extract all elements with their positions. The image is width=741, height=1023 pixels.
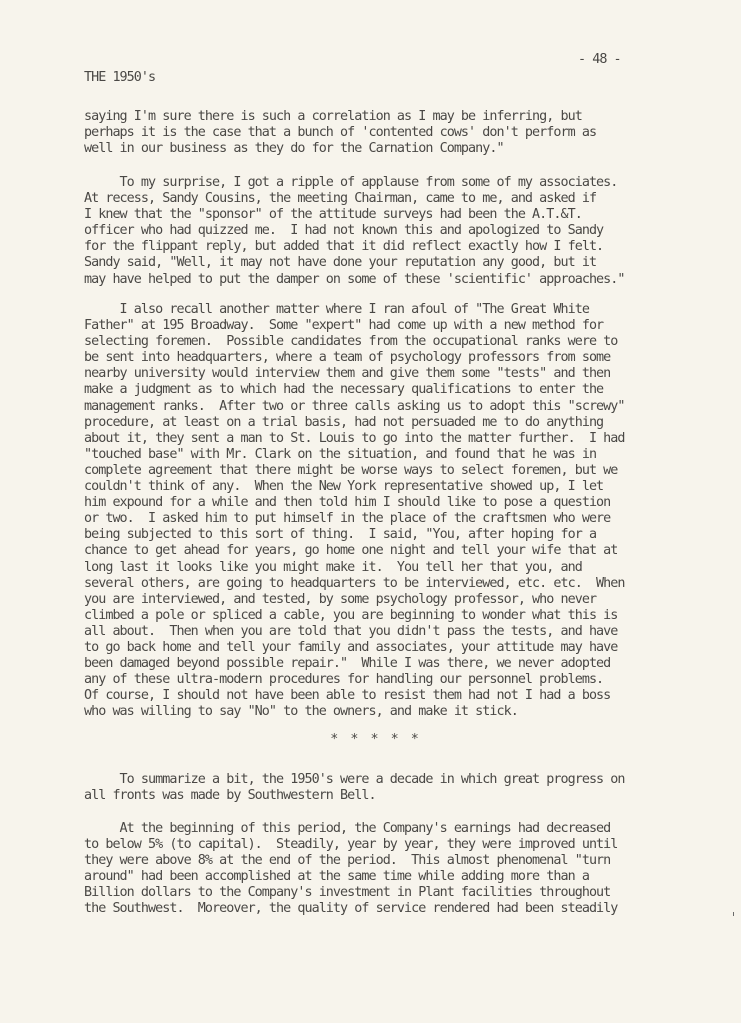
text-line: climbed a pole or spliced a cable, you a… (84, 608, 625, 624)
text-line: perhaps it is the case that a bunch of '… (84, 125, 596, 141)
text-line: all about. Then when you are told that y… (84, 624, 625, 640)
text-line: Of course, I should not have been able t… (84, 688, 625, 704)
text-line: management ranks. After two or three cal… (84, 399, 625, 415)
text-line: To my surprise, I got a ripple of applau… (84, 175, 625, 191)
text-line: all fronts was made by Southwestern Bell… (84, 788, 625, 804)
text-line: To summarize a bit, the 1950's were a de… (84, 772, 625, 788)
text-line: long last it looks like you might make i… (84, 560, 625, 576)
text-line: the Southwest. Moreover, the quality of … (84, 901, 617, 917)
text-line: may have helped to put the damper on som… (84, 272, 625, 288)
text-line: Father" at 195 Broadway. Some "expert" h… (84, 318, 625, 334)
text-line: several others, are going to headquarter… (84, 576, 625, 592)
text-line: or two. I asked him to put himself in th… (84, 511, 625, 527)
text-line: been damaged beyond possible repair." Wh… (84, 656, 625, 672)
text-line: I also recall another matter where I ran… (84, 302, 625, 318)
text-line: Billion dollars to the Company's investm… (84, 885, 617, 901)
text-line: well in our business as they do for the … (84, 141, 596, 157)
text-line: "touched base" with Mr. Clark on the sit… (84, 447, 625, 463)
text-line: around" had been accomplished at the sam… (84, 869, 617, 885)
text-line: officer who had quizzed me. I had not kn… (84, 223, 625, 239)
text-line: complete agreement that there might be w… (84, 463, 625, 479)
paper-speck (733, 912, 734, 916)
text-line: couldn't think of any. When the New York… (84, 479, 625, 495)
text-line: make a judgment as to which had the nece… (84, 382, 625, 398)
paragraph-great-white-father: I also recall another matter where I ran… (84, 302, 625, 720)
text-line: I knew that the "sponsor" of the attitud… (84, 207, 625, 223)
text-line: At recess, Sandy Cousins, the meeting Ch… (84, 191, 625, 207)
text-line: any of these ultra-modern procedures for… (84, 672, 625, 688)
text-line: nearby university would interview them a… (84, 366, 625, 382)
text-line: him expound for a while and then told hi… (84, 495, 625, 511)
text-line: to go back home and tell your family and… (84, 640, 625, 656)
running-head: THE 1950's (84, 70, 155, 85)
text-line: chance to get ahead for years, go home o… (84, 543, 625, 559)
text-line: to below 5% (to capital). Steadily, year… (84, 837, 617, 853)
text-line: procedure, at least on a trial basis, ha… (84, 415, 625, 431)
paragraph-continuation: saying I'm sure there is such a correlat… (84, 109, 596, 157)
text-line: be sent into headquarters, where a team … (84, 350, 625, 366)
text-line: saying I'm sure there is such a correlat… (84, 109, 596, 125)
text-line: Sandy said, "Well, it may not have done … (84, 255, 625, 271)
text-line: who was willing to say "No" to the owner… (84, 704, 625, 720)
paragraph-earnings: At the beginning of this period, the Com… (84, 821, 617, 918)
paragraph-summary: To summarize a bit, the 1950's were a de… (84, 772, 625, 804)
text-line: about it, they sent a man to St. Louis t… (84, 431, 625, 447)
text-line: selecting foremen. Possible candidates f… (84, 334, 625, 350)
paragraph-applause: To my surprise, I got a ripple of applau… (84, 175, 625, 288)
text-line: being subjected to this sort of thing. I… (84, 527, 625, 543)
document-page: - 48 - THE 1950's saying I'm sure there … (0, 0, 741, 1023)
text-line: for the flippant reply, but added that i… (84, 239, 625, 255)
page-number: - 48 - (578, 52, 621, 67)
section-separator: * * * * * (0, 732, 741, 747)
text-line: they were above 8% at the end of the per… (84, 853, 617, 869)
text-line: At the beginning of this period, the Com… (84, 821, 617, 837)
text-line: you are interviewed, and tested, by some… (84, 592, 625, 608)
